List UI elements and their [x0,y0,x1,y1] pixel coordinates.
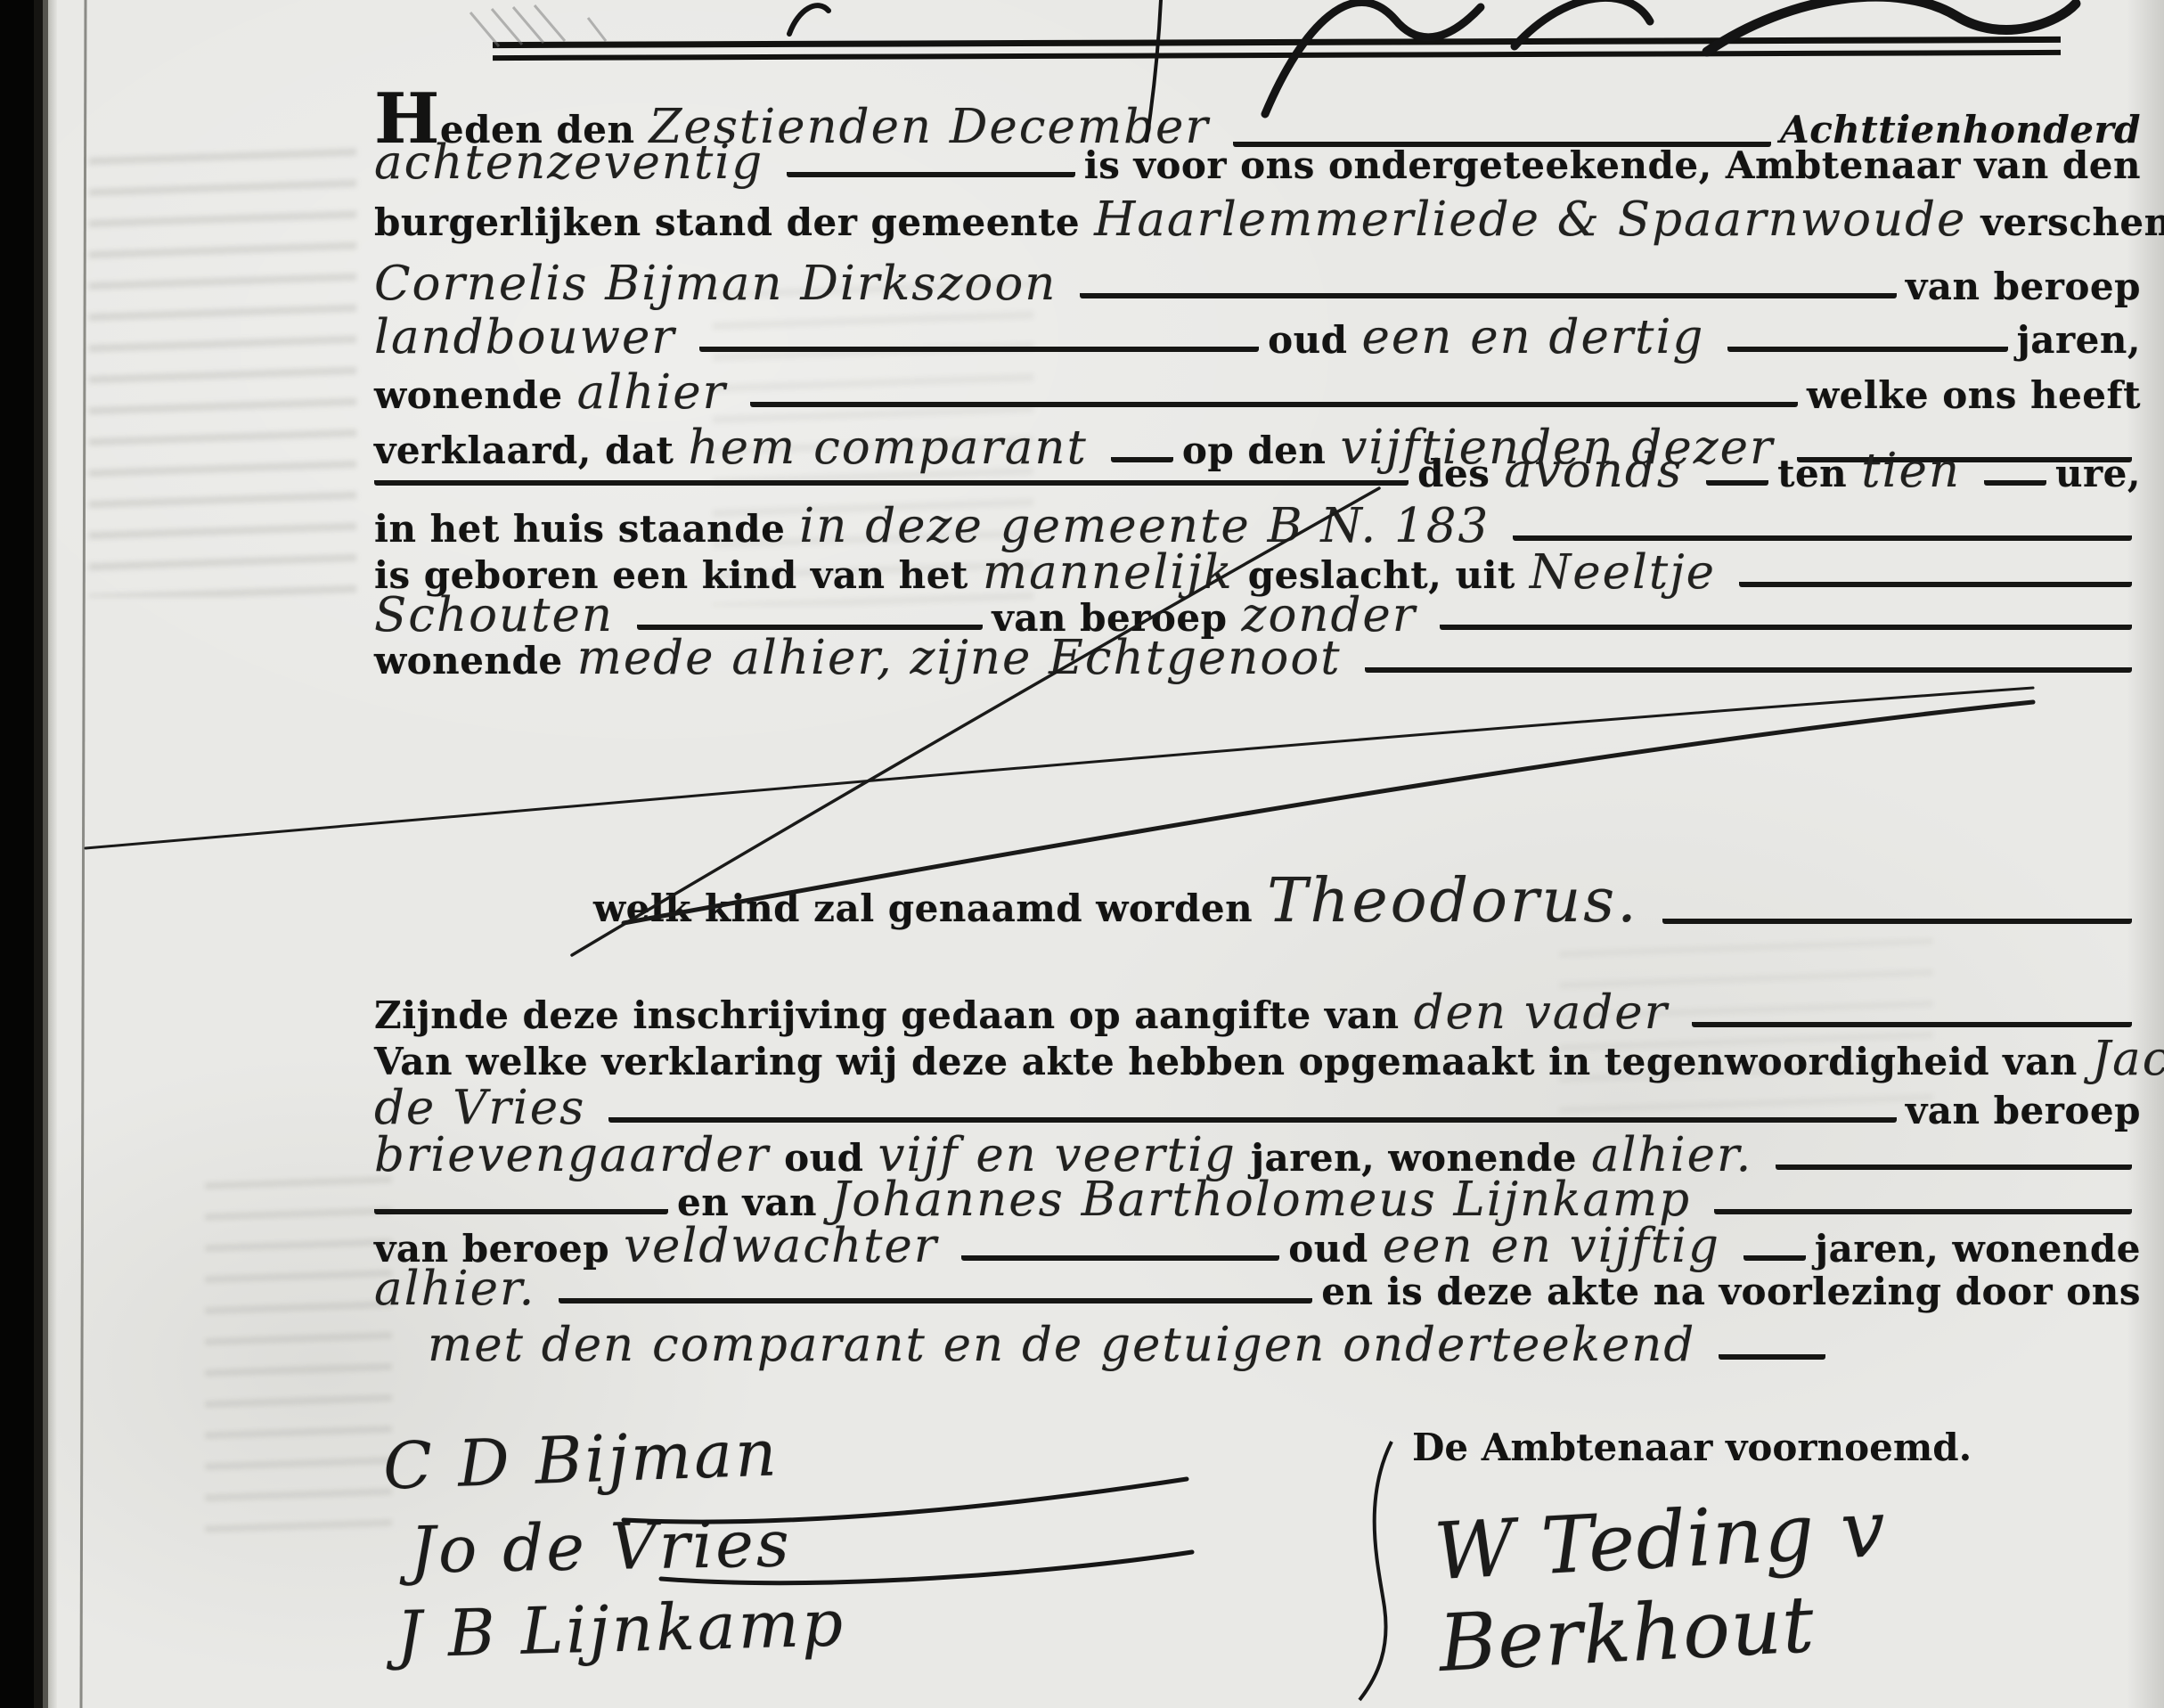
akte-line-getuige2-woonplaats: alhier. en is deze akte na voorlezing do… [374,1262,2141,1316]
preprinted-oud: oud [1268,318,1347,362]
akte-line-comparant-beroep: landbouwer oud een en dertig jaren, [374,310,2141,364]
preprinted-van-welke: Van welke verklaring wij deze akte hebbe… [374,1040,2078,1083]
handwritten-getuige2-woonplaats: alhier. [374,1262,535,1316]
akte-line-getuigen-intro: Van welke verklaring wij deze akte hebbe… [374,1032,2141,1086]
signature-brace [1360,1442,1392,1700]
akte-line-comparant-naam: Cornelis Bijman Dirkszoon van beroep [374,257,2141,311]
preprinted-ure: ure, [2055,452,2141,495]
blank-filler-rule [559,1289,1312,1303]
preprinted-en-van: en van [677,1181,817,1224]
signature-getuige2: J B Lijnkamp [396,1585,846,1671]
preprinted-in-het-huis: in het huis staande [374,507,785,551]
blank-filler-rule [374,471,1409,486]
book-binding-edge [0,0,48,1708]
ink-bleedthrough [205,1158,392,1550]
section-divider-rule [493,37,2061,61]
blank-filler-rule [608,1108,1897,1123]
blank-filler-rule [1776,1156,2132,1170]
akte-line-gemeente: burgerlijken stand der gemeente Haarlemm… [374,192,2141,247]
preprinted-van-beroep: van beroep [1906,265,2141,308]
preprinted-wonende: wonende [374,373,563,417]
handwritten-getuige1-achternaam: de Vries [374,1081,585,1135]
akte-line-moeder-woonplaats: wonende mede alhier, zijne Echtgenoot [374,631,2141,685]
akte-line-getuige1-naam: de Vries van beroep [374,1081,2141,1135]
blank-filler-rule [1739,573,2132,587]
preprinted-zijnde: Zijnde deze inschrijving gedaan op aangi… [374,993,1400,1037]
preprinted-is-voor-ons: is voor ons ondergeteekende, Ambtenaar v… [1084,143,2141,187]
preprinted-ambtenaar-voornoemd: De Ambtenaar voornoemd. [1412,1426,1972,1469]
blank-filler-rule [1662,910,2132,924]
blank-filler-dash [1984,471,2046,486]
page-edge-highlight [48,0,57,1708]
blank-filler-rule [750,393,1798,407]
blank-filler-rule [1727,338,2007,352]
preprinted-en-is-deze: en is deze akte na voorlezing door ons [1321,1270,2141,1313]
preprinted-ten: ten [1777,452,1847,495]
akte-line-tijdstip: des avonds ten tien ure, [374,444,2141,498]
preprinted-verschenen: verschenen [1980,200,2164,244]
akte-line-jaar: achtenzeventig is voor ons ondergeteeken… [374,135,2141,190]
preprinted-van-beroep: van beroep [1906,1089,2141,1132]
handwritten-dagdeel: avonds [1504,444,1683,498]
preprinted-welk-kind: welk kind zal genaamd worden [593,887,1253,930]
handwritten-comparant-naam: Cornelis Bijman Dirkszoon [374,257,1057,311]
handwritten-year: achtenzeventig [374,135,764,190]
handwritten-comparant-beroep: landbouwer [374,310,676,364]
blank-filler-dash [1719,1345,1825,1360]
handwritten-comparant-woonplaats: alhier [577,365,727,420]
blank-filler-rule [1513,527,2132,541]
blank-filler-rule [1714,1200,2132,1214]
handwritten-slotzin: met den comparant en de getuigen onderte… [428,1318,1695,1372]
blank-filler-rule [637,616,983,630]
preprinted-wonende: wonende [374,639,563,682]
blank-filler-rule [1080,284,1897,298]
blank-filler-rule [699,338,1259,352]
akte-line-kind-naam: welk kind zal genaamd worden Theodorus. [593,866,2141,936]
ink-bleedthrough [89,134,356,597]
blank-filler-rule [1692,1013,2132,1027]
blank-filler-rule [961,1246,1279,1261]
handwritten-moeder-woonplaats: mede alhier, zijne Echtgenoot [577,631,1342,685]
pencil-marks [470,5,606,46]
blank-filler-rule [1440,616,2132,630]
preprinted-welke-ons-heeft: welke ons heeft [1807,373,2141,417]
akte-line-slotzin: met den comparant en de getuigen onderte… [428,1318,1834,1372]
handwritten-getuige1-voornaam: Jacob [2092,1032,2164,1086]
preprinted-des: des [1417,452,1490,495]
preprinted-jaren: jaren, [2017,318,2141,362]
blank-filler-rule [787,163,1075,177]
preprinted-burgerlijken-stand: burgerlijken stand der gemeente [374,200,1080,244]
blank-filler-dash [1706,471,1768,486]
akte-line-comparant-woonplaats: wonende alhier welke ons heeft [374,365,2141,420]
blank-filler-rule [374,1200,668,1214]
blank-filler-dash [1743,1246,1806,1261]
handwritten-kind-naam: Theodorus. [1267,866,1639,936]
birth-record-page: Heden den Zestienden December Achttienho… [0,0,2164,1708]
handwritten-comparant-leeftijd: een en dertig [1362,310,1705,364]
signature-ambtenaar: W Teding v Berkhout [1432,1468,2163,1689]
page-fold-line [79,0,86,1708]
signature-comparant: C D Bijman [382,1415,780,1503]
handwritten-gemeente: Haarlemmerliede & Spaarnwoude [1094,192,1966,247]
signature-getuige1: Jo de Vries [409,1506,792,1587]
handwritten-uur: tien [1861,444,1961,498]
blank-filler-rule [1365,658,2132,673]
